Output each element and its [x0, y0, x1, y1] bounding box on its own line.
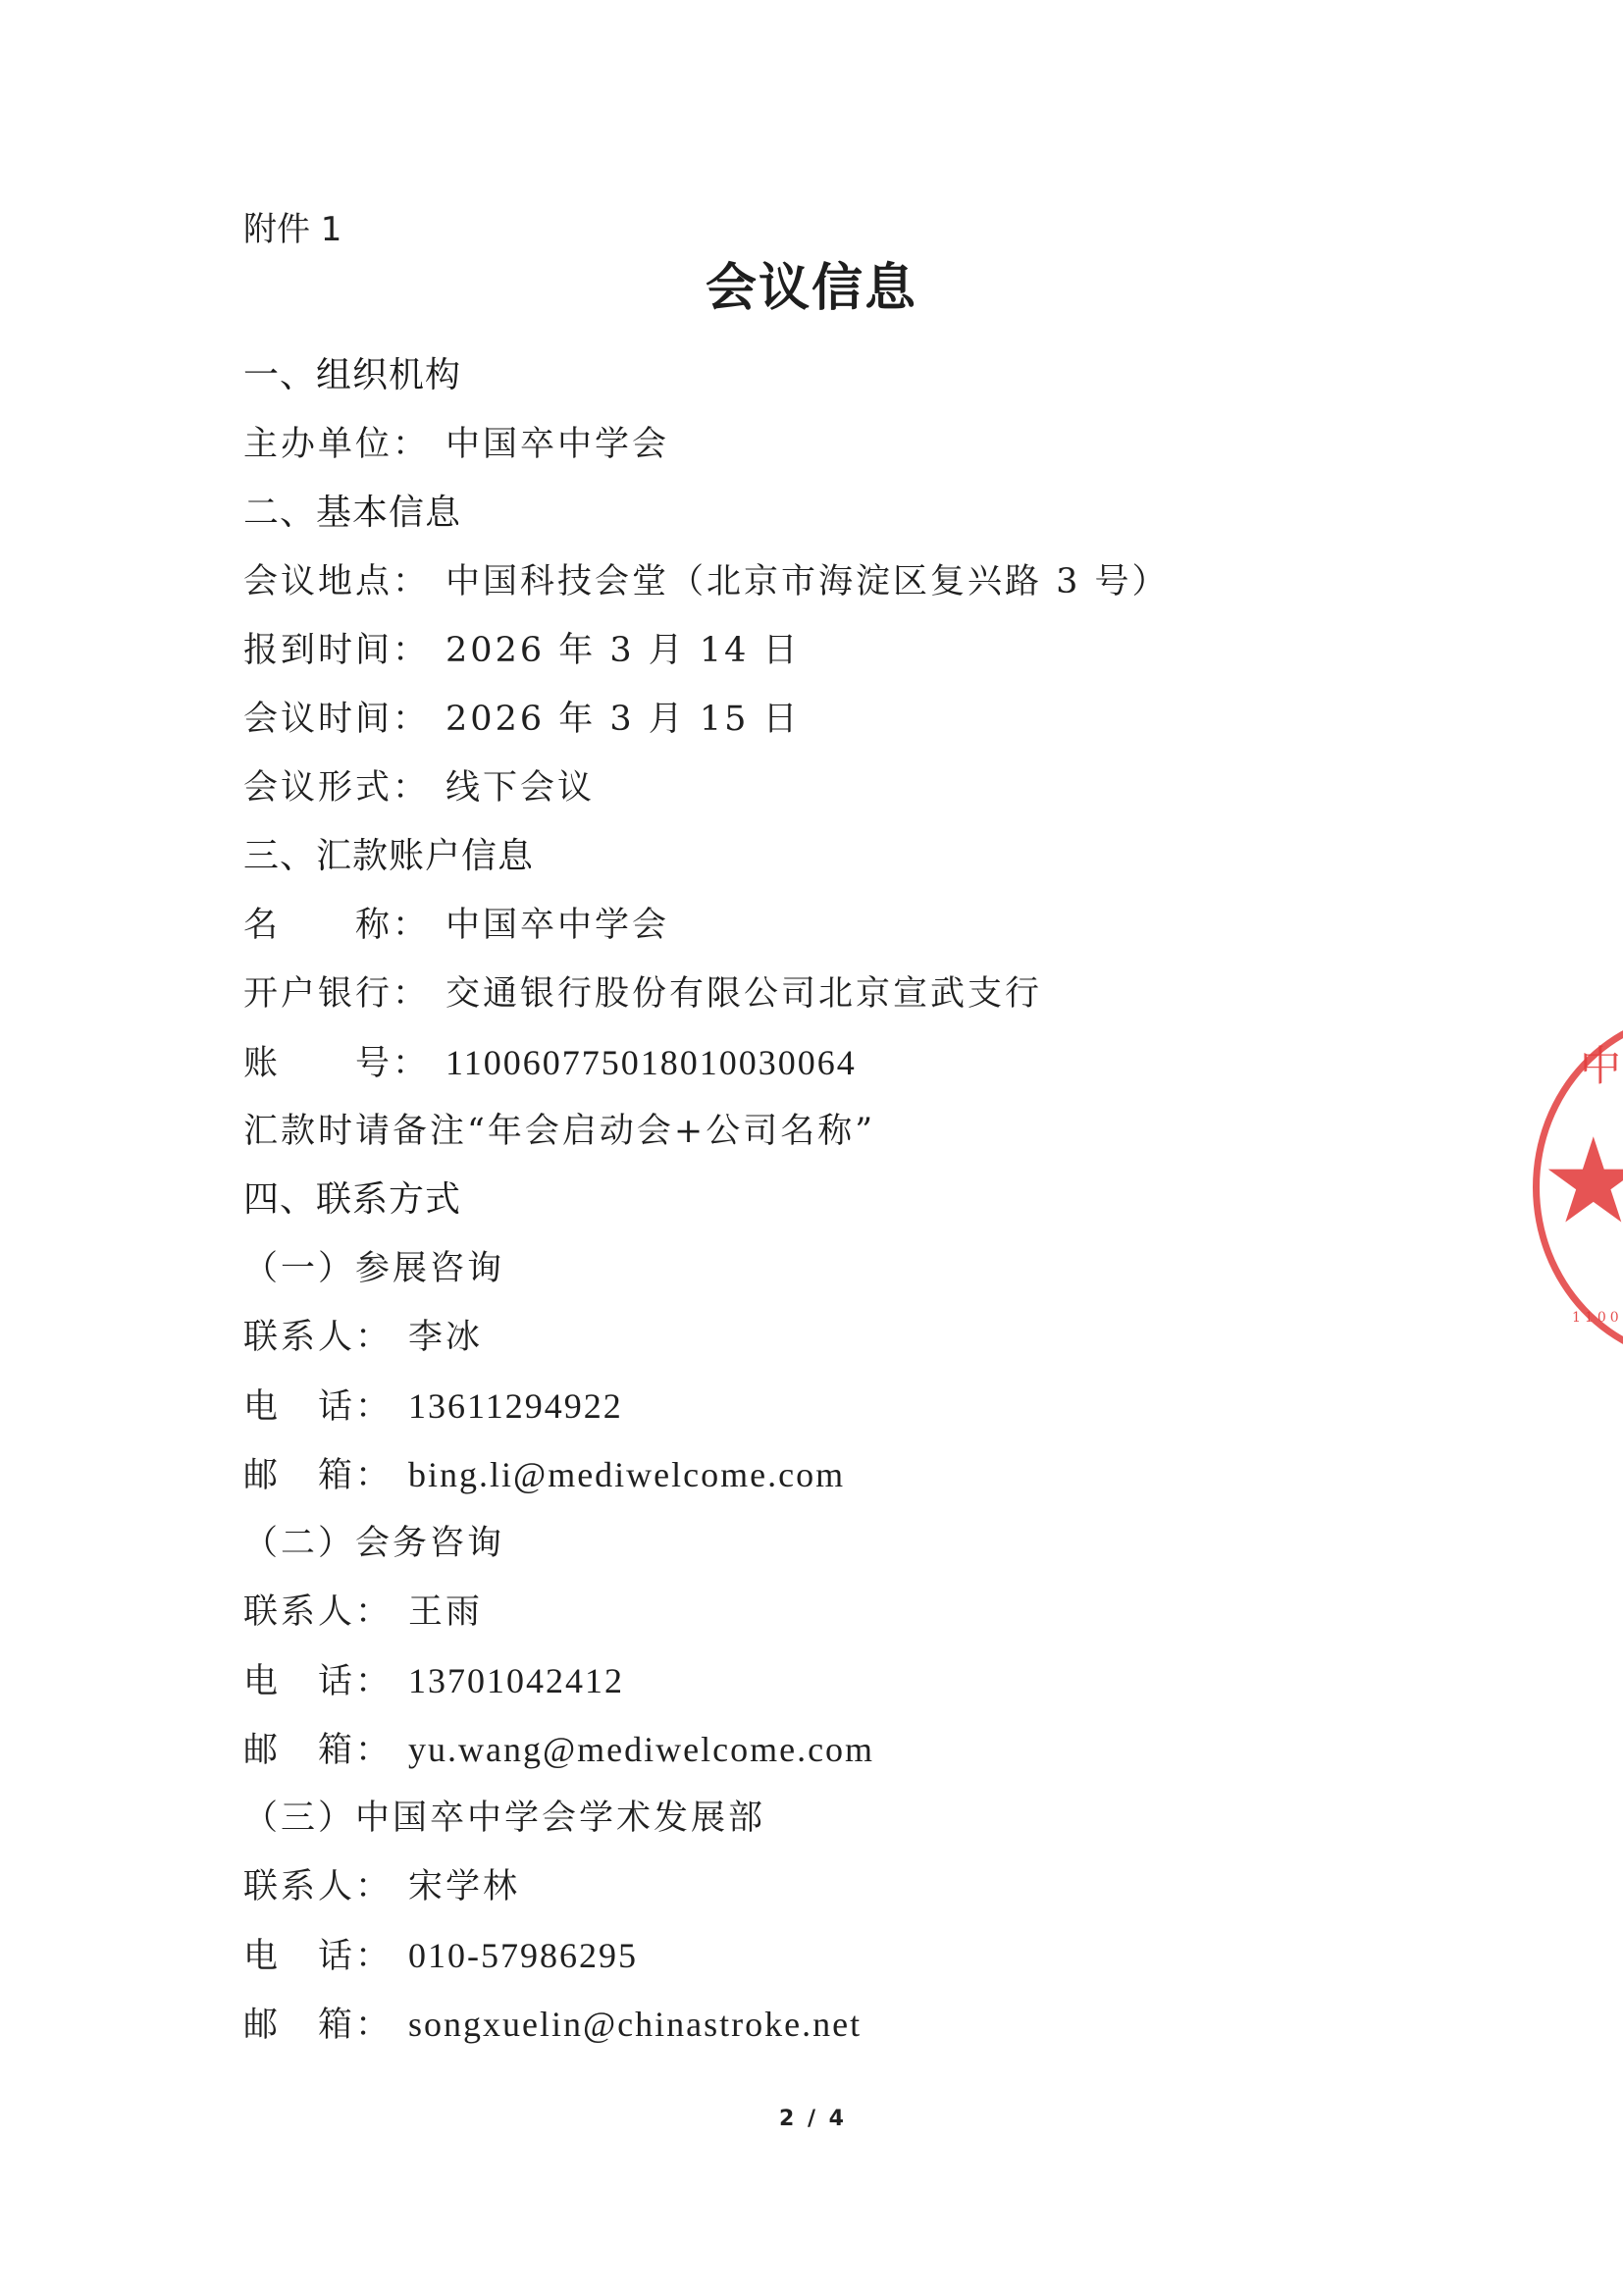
colon: ：	[393, 685, 430, 754]
contact-group-heading-academic: （三）中国卒中学会学术发展部	[243, 1784, 1519, 1852]
format-row: 会议形式：线下会议	[243, 754, 1519, 822]
colon: ：	[355, 1647, 393, 1716]
email-label: 邮 箱	[243, 1991, 355, 2060]
official-seal: 中 ★ 1100	[1533, 1011, 1623, 1364]
phone-value: 010-57986295	[408, 1936, 638, 1975]
seal-character: 中	[1580, 1034, 1621, 1093]
account-name-row: 名 称：中国卒中学会	[243, 891, 1519, 960]
checkin-label: 报到时间	[243, 616, 393, 685]
organizer-value: 中国卒中学会	[445, 425, 669, 464]
contact-person-row: 联系人：王雨	[243, 1578, 1519, 1646]
email-label: 邮 箱	[243, 1716, 355, 1785]
document-page: 附件 1 会议信息 一、组织机构 主办单位：中国卒中学会 二、基本信息 会议地点…	[0, 0, 1623, 2296]
email-row: 邮 箱：bing.li@mediwelcome.com	[243, 1440, 1519, 1509]
colon: ：	[393, 960, 430, 1028]
phone-row: 电 话：13701042412	[243, 1646, 1519, 1715]
colon: ：	[393, 410, 430, 479]
phone-label: 电 话	[243, 1647, 355, 1716]
account-name-value: 中国卒中学会	[445, 906, 669, 945]
phone-row: 电 话：13611294922	[243, 1372, 1519, 1440]
contact-person-row: 联系人：李冰	[243, 1303, 1519, 1372]
phone-value: 13611294922	[408, 1386, 623, 1426]
email-link[interactable]: yu.wang@mediwelcome.com	[408, 1730, 874, 1769]
venue-row: 会议地点：中国科技会堂（北京市海淀区复兴路 3 号）	[243, 548, 1519, 616]
contact-person-value: 宋学林	[408, 1867, 520, 1906]
email-link[interactable]: bing.li@mediwelcome.com	[408, 1455, 845, 1494]
colon: ：	[355, 1852, 393, 1921]
format-value: 线下会议	[445, 768, 595, 808]
colon: ：	[393, 754, 430, 822]
colon: ：	[355, 1303, 393, 1372]
seal-code: 1100	[1572, 1310, 1623, 1326]
contact-group-heading-exhibition: （一）参展咨询	[243, 1234, 1519, 1303]
bank-row: 开户银行：交通银行股份有限公司北京宣武支行	[243, 960, 1519, 1028]
contact-person-label: 联系人	[243, 1578, 355, 1646]
phone-label: 电 话	[243, 1373, 355, 1441]
phone-value: 13701042412	[408, 1661, 624, 1700]
colon: ：	[393, 616, 430, 685]
bank-value: 交通银行股份有限公司北京宣武支行	[445, 974, 1042, 1014]
section-heading-organization: 一、组织机构	[243, 341, 1519, 410]
meeting-time-value: 2026 年 3 月 15 日	[445, 700, 801, 739]
organizer-row: 主办单位：中国卒中学会	[243, 410, 1519, 479]
account-number-value: 110060775018010030064	[445, 1043, 857, 1082]
contact-person-value: 王雨	[408, 1592, 483, 1632]
checkin-row: 报到时间：2026 年 3 月 14 日	[243, 616, 1519, 685]
colon: ：	[355, 1441, 393, 1510]
colon: ：	[355, 1716, 393, 1785]
star-icon: ★	[1541, 1123, 1623, 1241]
colon: ：	[393, 548, 430, 616]
account-name-label: 名 称	[243, 891, 393, 960]
email-row: 邮 箱：yu.wang@mediwelcome.com	[243, 1715, 1519, 1784]
document-body: 一、组织机构 主办单位：中国卒中学会 二、基本信息 会议地点：中国科技会堂（北京…	[243, 341, 1519, 2059]
colon: ：	[355, 1922, 393, 1991]
bank-label: 开户银行	[243, 960, 393, 1028]
account-number-row: 账 号：110060775018010030064	[243, 1028, 1519, 1097]
phone-row: 电 话：010-57986295	[243, 1921, 1519, 1990]
meeting-time-row: 会议时间：2026 年 3 月 15 日	[243, 685, 1519, 754]
contact-group-heading-conference: （二）会务咨询	[243, 1509, 1519, 1578]
remittance-note: 汇款时请备注“年会启动会+公司名称”	[243, 1097, 1519, 1166]
phone-label: 电 话	[243, 1922, 355, 1991]
colon: ：	[393, 1029, 430, 1098]
format-label: 会议形式	[243, 754, 393, 822]
page-number: 2 / 4	[0, 2107, 1623, 2131]
section-heading-remittance: 三、汇款账户信息	[243, 822, 1519, 891]
contact-person-label: 联系人	[243, 1303, 355, 1372]
account-number-label: 账 号	[243, 1029, 393, 1098]
venue-label: 会议地点	[243, 548, 393, 616]
email-label: 邮 箱	[243, 1441, 355, 1510]
section-heading-contact: 四、联系方式	[243, 1166, 1519, 1234]
colon: ：	[355, 1578, 393, 1646]
colon: ：	[355, 1373, 393, 1441]
attachment-label: 附件 1	[243, 208, 341, 251]
document-title: 会议信息	[0, 257, 1623, 320]
email-link[interactable]: songxuelin@chinastroke.net	[408, 2005, 862, 2044]
colon: ：	[355, 1991, 393, 2060]
contact-person-value: 李冰	[408, 1318, 483, 1357]
email-row: 邮 箱：songxuelin@chinastroke.net	[243, 1990, 1519, 2059]
section-heading-basic-info: 二、基本信息	[243, 479, 1519, 548]
meeting-time-label: 会议时间	[243, 685, 393, 754]
checkin-value: 2026 年 3 月 14 日	[445, 631, 801, 670]
contact-person-row: 联系人：宋学林	[243, 1852, 1519, 1921]
colon: ：	[393, 891, 430, 960]
contact-person-label: 联系人	[243, 1852, 355, 1921]
organizer-label: 主办单位	[243, 410, 393, 479]
venue-value: 中国科技会堂（北京市海淀区复兴路 3 号）	[445, 562, 1170, 601]
